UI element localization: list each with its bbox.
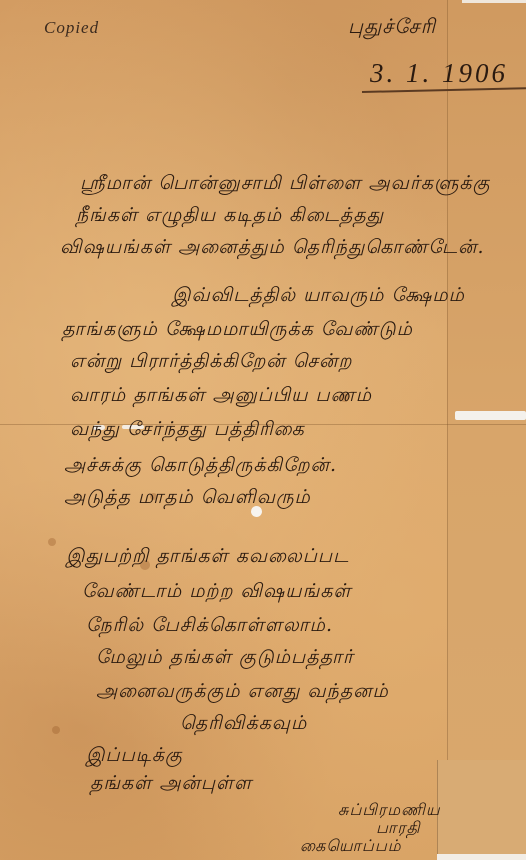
paper-patch-bottom-right [437, 760, 526, 854]
text-line: என்று பிரார்த்திக்கிறேன் சென்ற [70, 350, 352, 375]
text-line: இப்படிக்கு [86, 744, 183, 769]
text-line: ஸ்ரீமான் பொன்னுசாமி பிள்ளை அவர்களுக்கு [80, 172, 490, 197]
text-line: வாரம் தாங்கள் அனுப்பிய பணம் [70, 384, 372, 409]
text-line: அனைவருக்கும் எனது வந்தனம் [96, 680, 389, 705]
copied-annotation: Copied [44, 18, 99, 38]
letter-date: 3. 1. 1906 [370, 58, 508, 89]
letter-place: புதுச்சேரி [348, 14, 436, 41]
text-line: வந்து சேர்ந்தது பத்திரிகை [70, 418, 305, 443]
stain-spot [48, 538, 56, 546]
text-line: மேலும் தங்கள் குடும்பத்தார் [96, 646, 354, 671]
text-line: அச்சுக்கு கொடுத்திருக்கிறேன். [64, 454, 337, 479]
text-line: தங்கள் அன்புள்ள [90, 772, 252, 797]
scan-edge-bottom [437, 854, 526, 860]
text-line: தாங்களும் க்ஷேமமாயிருக்க வேண்டும் [62, 318, 413, 343]
text-line: விஷயங்கள் அனைத்தும் தெரிந்துகொண்டேன். [60, 236, 484, 261]
paper-tear [455, 411, 526, 420]
text-line: நேரில் பேசிக்கொள்ளலாம். [86, 614, 333, 639]
text-line: இவ்விடத்தில் யாவரும் க்ஷேமம் [172, 284, 465, 309]
text-line: அடுத்த மாதம் வெளிவரும் [64, 486, 311, 511]
text-line: இதுபற்றி தாங்கள் கவலைப்பட [66, 545, 349, 570]
paper-fold-panel-right [447, 0, 526, 860]
signature-line: கையொப்பம் [300, 836, 402, 857]
scan-edge-top [462, 0, 526, 3]
text-line: வேண்டாம் மற்ற விஷயங்கள் [82, 580, 352, 605]
stain-spot [52, 726, 60, 734]
text-line: நீங்கள் எழுதிய கடிதம் கிடைத்தது [76, 204, 384, 229]
text-line: தெரிவிக்கவும் [180, 712, 307, 737]
